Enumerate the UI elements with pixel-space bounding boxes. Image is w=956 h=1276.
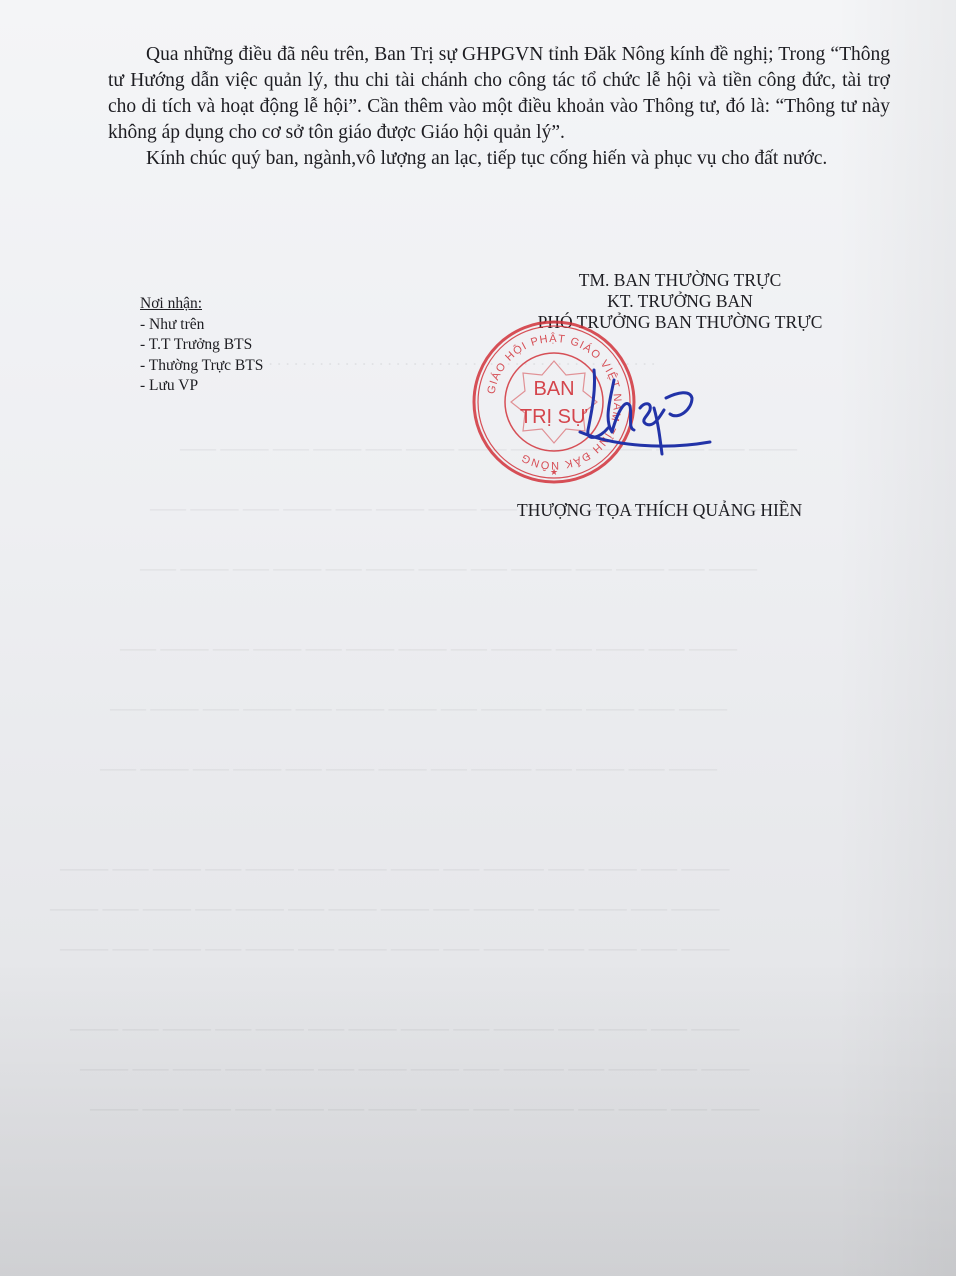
recipient-item: - T.T Trưởng BTS xyxy=(140,335,263,356)
handwritten-signature xyxy=(574,350,714,460)
seal-star-icon: ★ xyxy=(550,467,558,477)
proposal-paragraph: Qua những điều đã nêu trên, Ban Trị sự G… xyxy=(108,42,890,146)
recipients-heading: Nơi nhận: xyxy=(140,294,263,315)
recipient-item: - Lưu VP xyxy=(140,376,263,397)
page-shadow-bottom xyxy=(0,956,956,1276)
signer-name: THƯỢNG TỌA THÍCH QUẢNG HIỀN xyxy=(517,500,802,521)
recipient-item: - Thường Trực BTS xyxy=(140,356,263,377)
recipient-item: - Như trên xyxy=(140,315,263,336)
letter-body: Qua những điều đã nêu trên, Ban Trị sự G… xyxy=(108,42,890,172)
recipients-list: Nơi nhận: - Như trên - T.T Trưởng BTS - … xyxy=(140,294,263,397)
title-line-2: KT. TRƯỞNG BAN xyxy=(480,291,880,312)
closing-paragraph: Kính chúc quý ban, ngành,vô lượng an lạc… xyxy=(108,146,890,172)
seal-center-line-1: BAN xyxy=(533,378,574,400)
title-line-1: TM. BAN THƯỜNG TRỰC xyxy=(480,270,880,291)
document-page: . . . . . . . . . . . . . . . . . . . . … xyxy=(0,0,956,1276)
